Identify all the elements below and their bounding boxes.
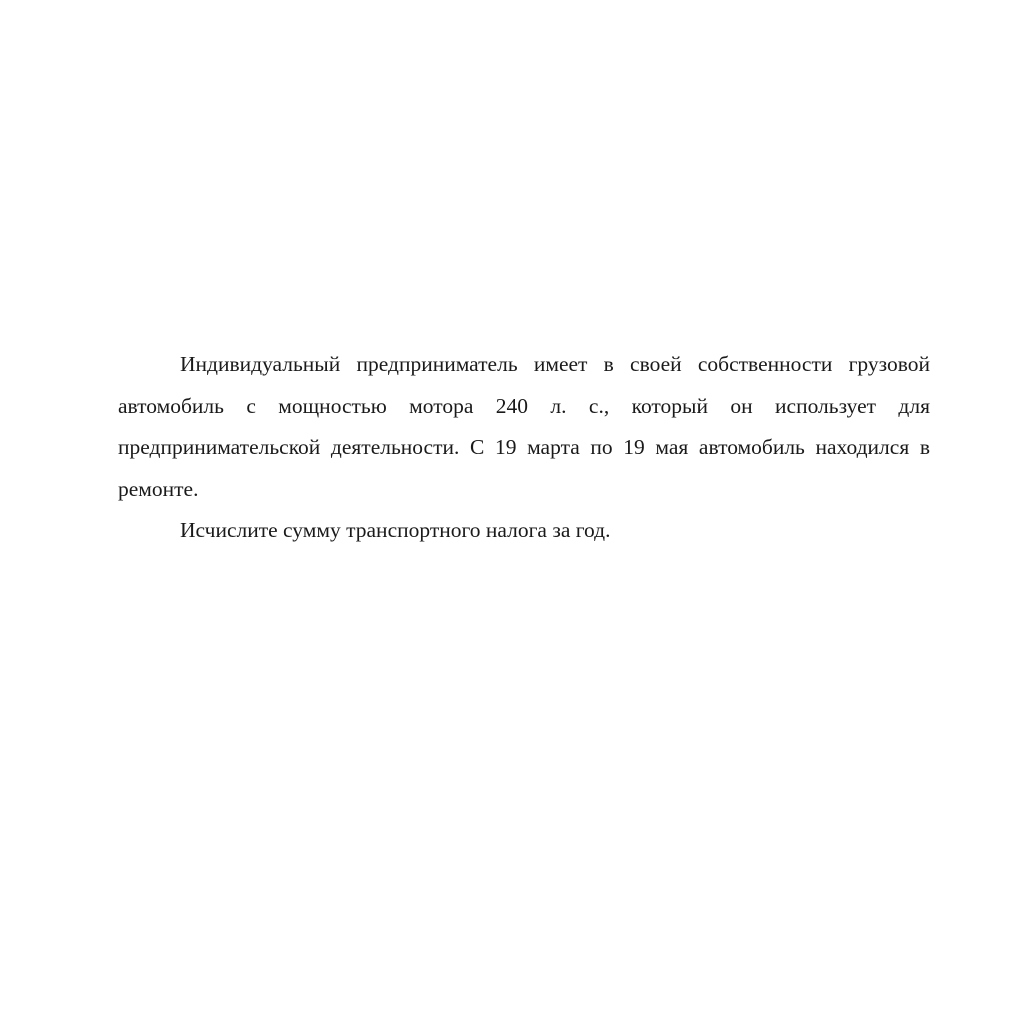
document-page: Индивидуальный предприниматель имеет в с… [0,0,1024,1024]
problem-statement-paragraph: Индивидуальный предприниматель имеет в с… [118,344,930,510]
task-text: Индивидуальный предприниматель имеет в с… [118,344,930,552]
task-question-paragraph: Исчислите сумму транспортного налога за … [118,510,930,552]
